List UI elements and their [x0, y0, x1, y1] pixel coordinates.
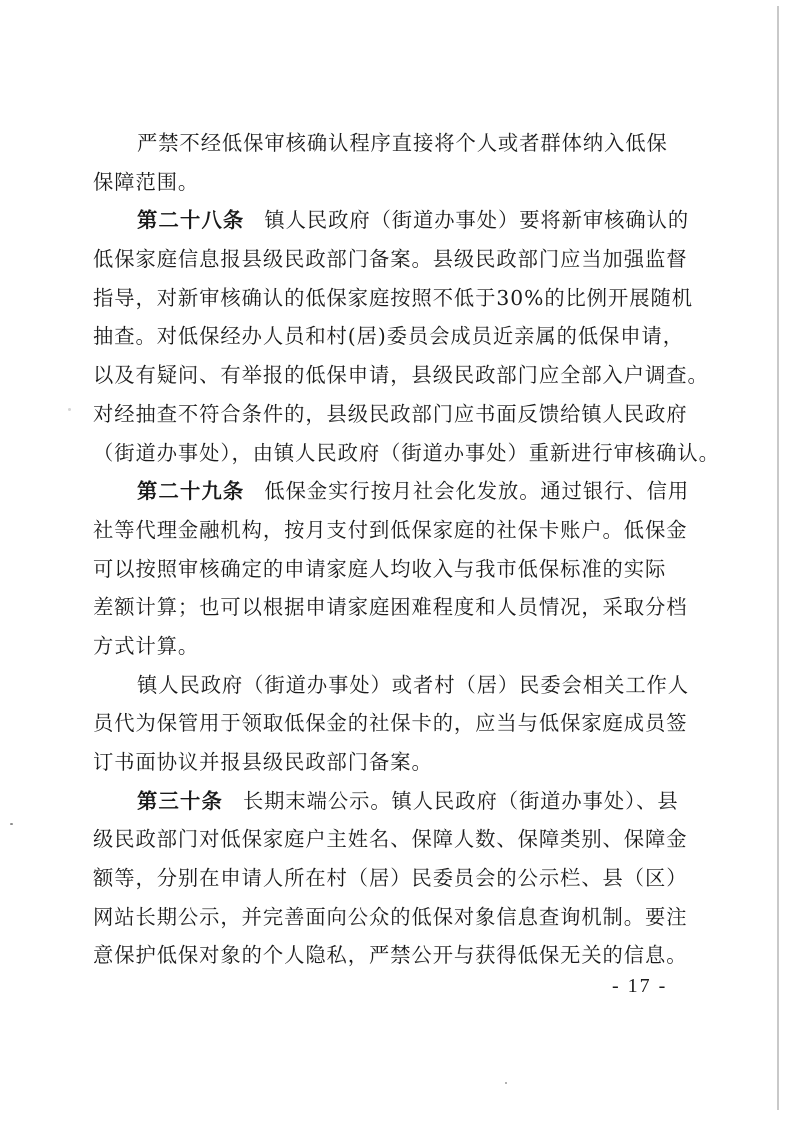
- text-line: 可以按照审核确定的申请家庭人均收入与我市低保标准的实际: [93, 550, 690, 589]
- scan-speck: [10, 823, 13, 825]
- document-body: 严禁不经低保审核确认程序直接将个人或者群体纳入低保 保障范围。 第二十八条镇人民…: [93, 124, 690, 975]
- article-30-first-line: 第三十条长期末端公示。镇人民政府（街道办事处）、县: [93, 782, 690, 821]
- article-28-first-line: 第二十八条镇人民政府（街道办事处）要将新审核确认的: [93, 201, 690, 240]
- text-line: 指导，对新审核确认的低保家庭按照不低于30%的比例开展随机: [93, 279, 690, 318]
- text-line: 社等代理金融机构，按月支付到低保家庭的社保卡账户。低保金: [93, 511, 690, 550]
- text-span: 长期末端公示。镇人民政府（街道办事处）、县: [243, 789, 679, 813]
- text-line: 对经抽查不符合条件的，县级民政部门应书面反馈给镇人民政府: [93, 395, 690, 434]
- text-line: （街道办事处），由镇人民政府（街道办事处）重新进行审核确认。: [93, 434, 690, 473]
- article-29-first-line: 第二十九条低保金实行按月社会化发放。通过银行、信用: [93, 472, 690, 511]
- scan-speck: [505, 1082, 507, 1084]
- text-line: 镇人民政府（街道办事处）或者村（居）民委会相关工作人: [93, 666, 690, 705]
- document-page: 严禁不经低保审核确认程序直接将个人或者群体纳入低保 保障范围。 第二十八条镇人民…: [0, 0, 793, 1122]
- text-span: 低保金实行按月社会化发放。通过银行、信用: [264, 479, 689, 503]
- text-line: 级民政部门对低保家庭户主姓名、保障人数、保障类别、保障金: [93, 820, 690, 859]
- text-line: 差额计算；也可以根据申请家庭困难程度和人员情况，采取分档: [93, 588, 690, 627]
- text-line: 网站长期公示，并完善面向公众的低保对象信息查询机制。要注: [93, 898, 690, 937]
- text-line: 意保护低保对象的个人隐私，严禁公开与获得低保无关的信息。: [93, 936, 690, 975]
- scan-edge-line: [777, 6, 779, 1110]
- text-line: 员代为保管用于领取低保金的社保卡的，应当与低保家庭成员签: [93, 704, 690, 743]
- text-line: 抽查。对低保经办人员和村(居)委员会成员近亲属的低保申请，: [93, 317, 690, 356]
- text-line: 方式计算。: [93, 627, 690, 666]
- article-label: 第三十条: [137, 789, 223, 813]
- article-label: 第二十八条: [137, 208, 244, 232]
- text-line: 保障范围。: [93, 163, 690, 202]
- text-line: 以及有疑问、有举报的低保申请，县级民政部门应全部入户调查。: [93, 356, 690, 395]
- scan-speck: [68, 408, 71, 411]
- text-line: 严禁不经低保审核确认程序直接将个人或者群体纳入低保: [93, 124, 690, 163]
- article-label: 第二十九条: [137, 479, 244, 503]
- text-line: 低保家庭信息报县级民政部门备案。县级民政部门应当加强监督: [93, 240, 690, 279]
- page-number: - 17 -: [612, 972, 667, 1000]
- text-line: 订书面协议并报县级民政部门备案。: [93, 743, 690, 782]
- text-span: 镇人民政府（街道办事处）要将新审核确认的: [264, 208, 689, 232]
- text-line: 额等，分别在申请人所在村（居）民委员会的公示栏、县（区）: [93, 859, 690, 898]
